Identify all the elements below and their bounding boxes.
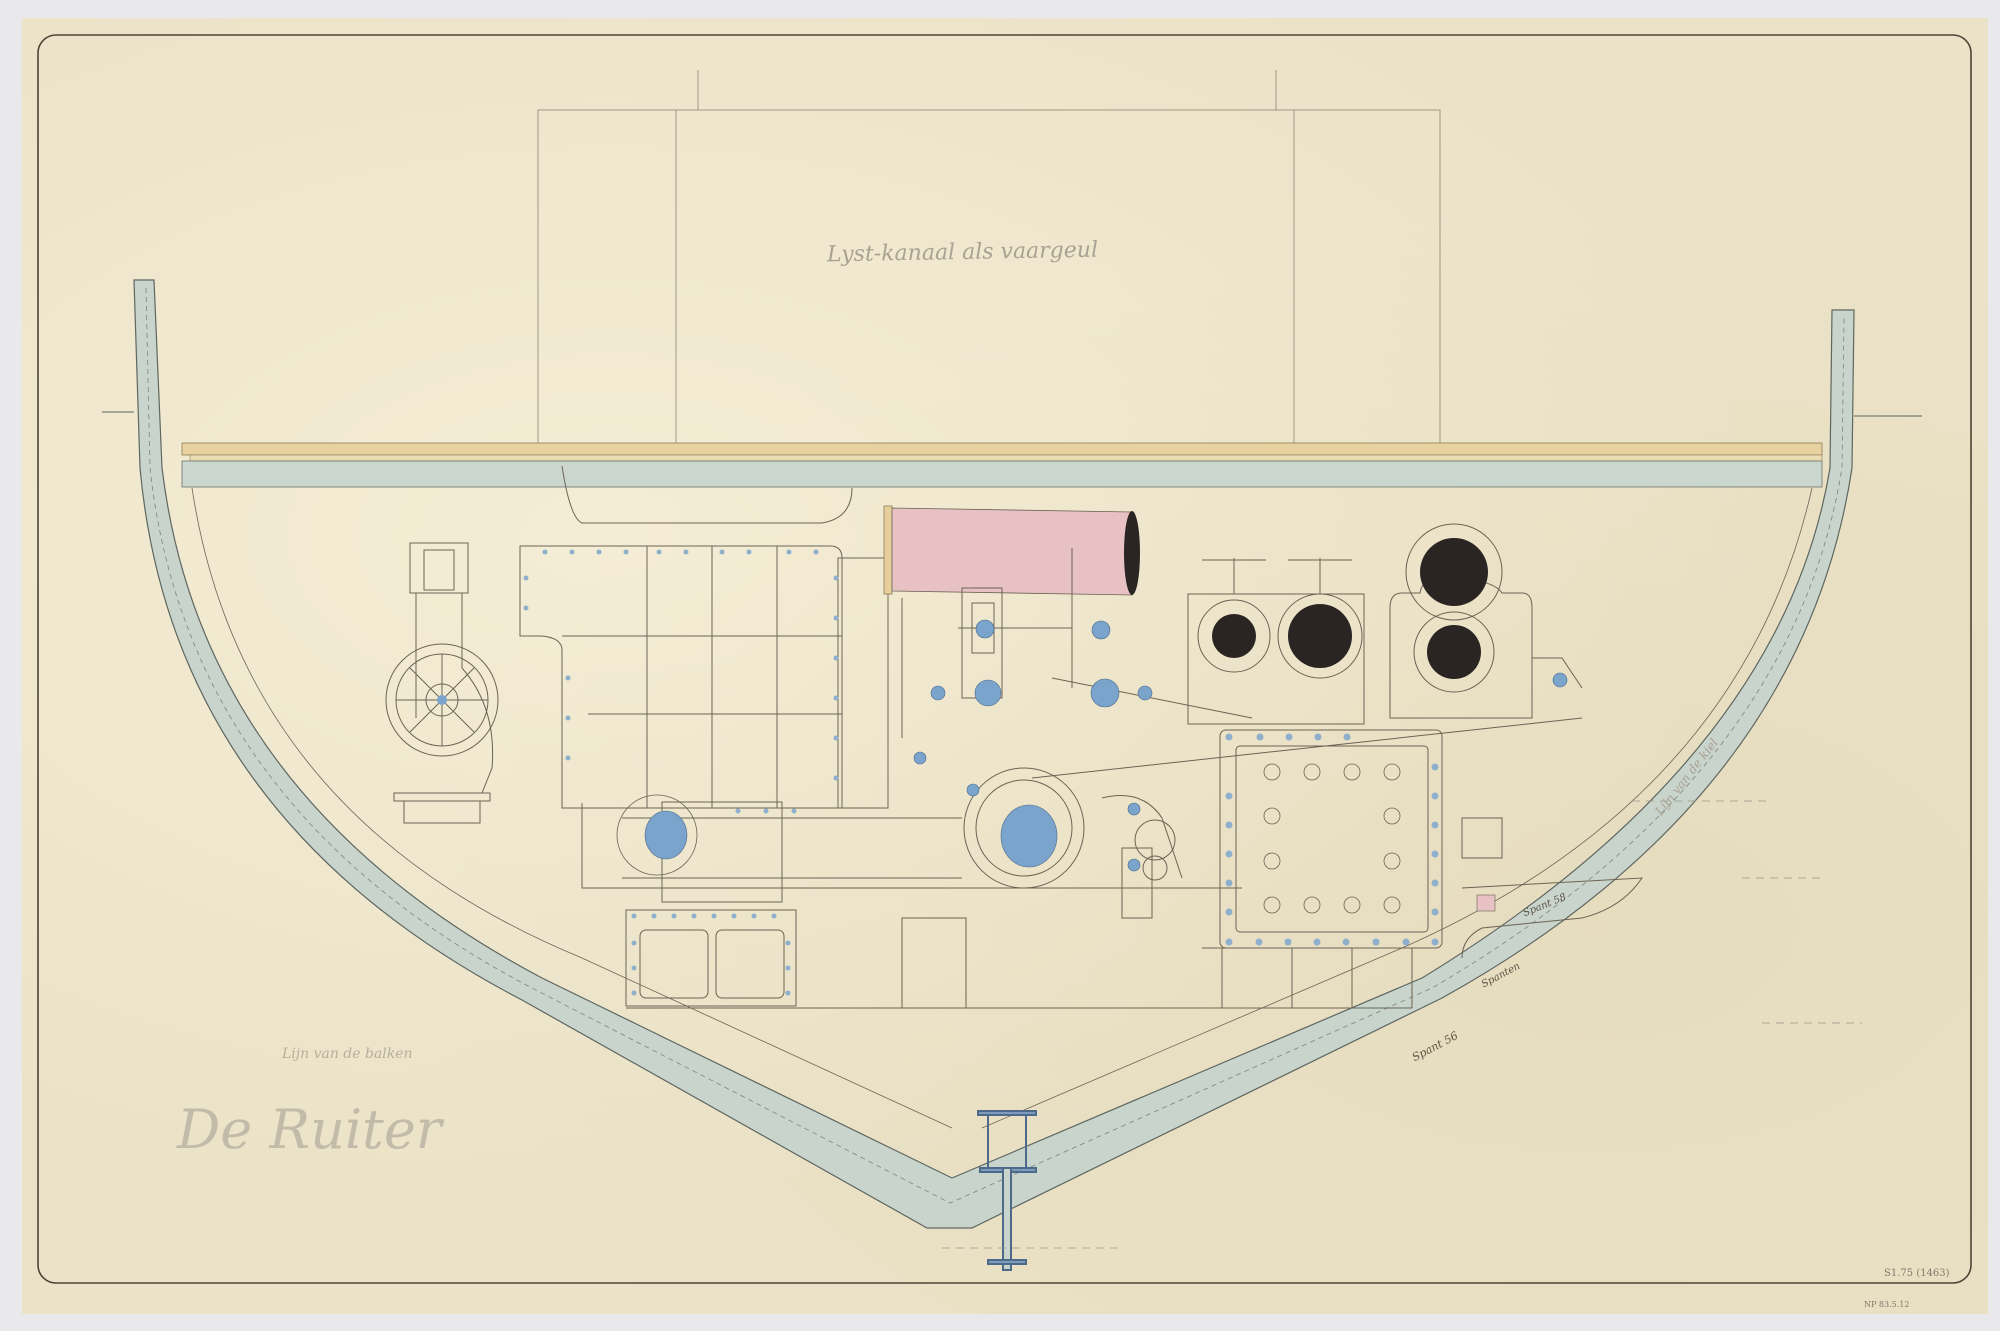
deck-plating [182,461,1822,487]
donkey-engine [386,543,498,823]
hull-shell [134,280,1854,1228]
cylinder-main [1001,805,1057,867]
cylinder-left [645,811,687,859]
condenser-tubes [1264,764,1400,913]
condenser-rivets [1226,734,1439,946]
main-engine [582,548,1582,918]
boiler-rivets [524,550,839,814]
bed-rivets [632,914,791,996]
pencil-signature: De Ruiter [177,1098,442,1161]
pencil-title: Lyst-kanaal als vaargeul [827,238,1098,268]
border-frame [38,35,1971,1283]
catalog-number: S1.75 (1463) [1884,1268,1950,1279]
stamp-number: NP 83.5.12 [1864,1300,1909,1309]
condenser [1220,730,1442,948]
pencil-signature-note: Lijn van de balken [282,1046,413,1062]
drawing-sheet: Lyst-kanaal als vaargeul De Ruiter Lijn … [22,18,1988,1314]
boiler [520,466,888,808]
deckhouse-outline [538,70,1440,460]
deck-beam [182,443,1822,455]
pump-cylinders [1212,538,1488,679]
funnel-uptake [884,506,1140,595]
bed-plate [626,910,1412,1008]
